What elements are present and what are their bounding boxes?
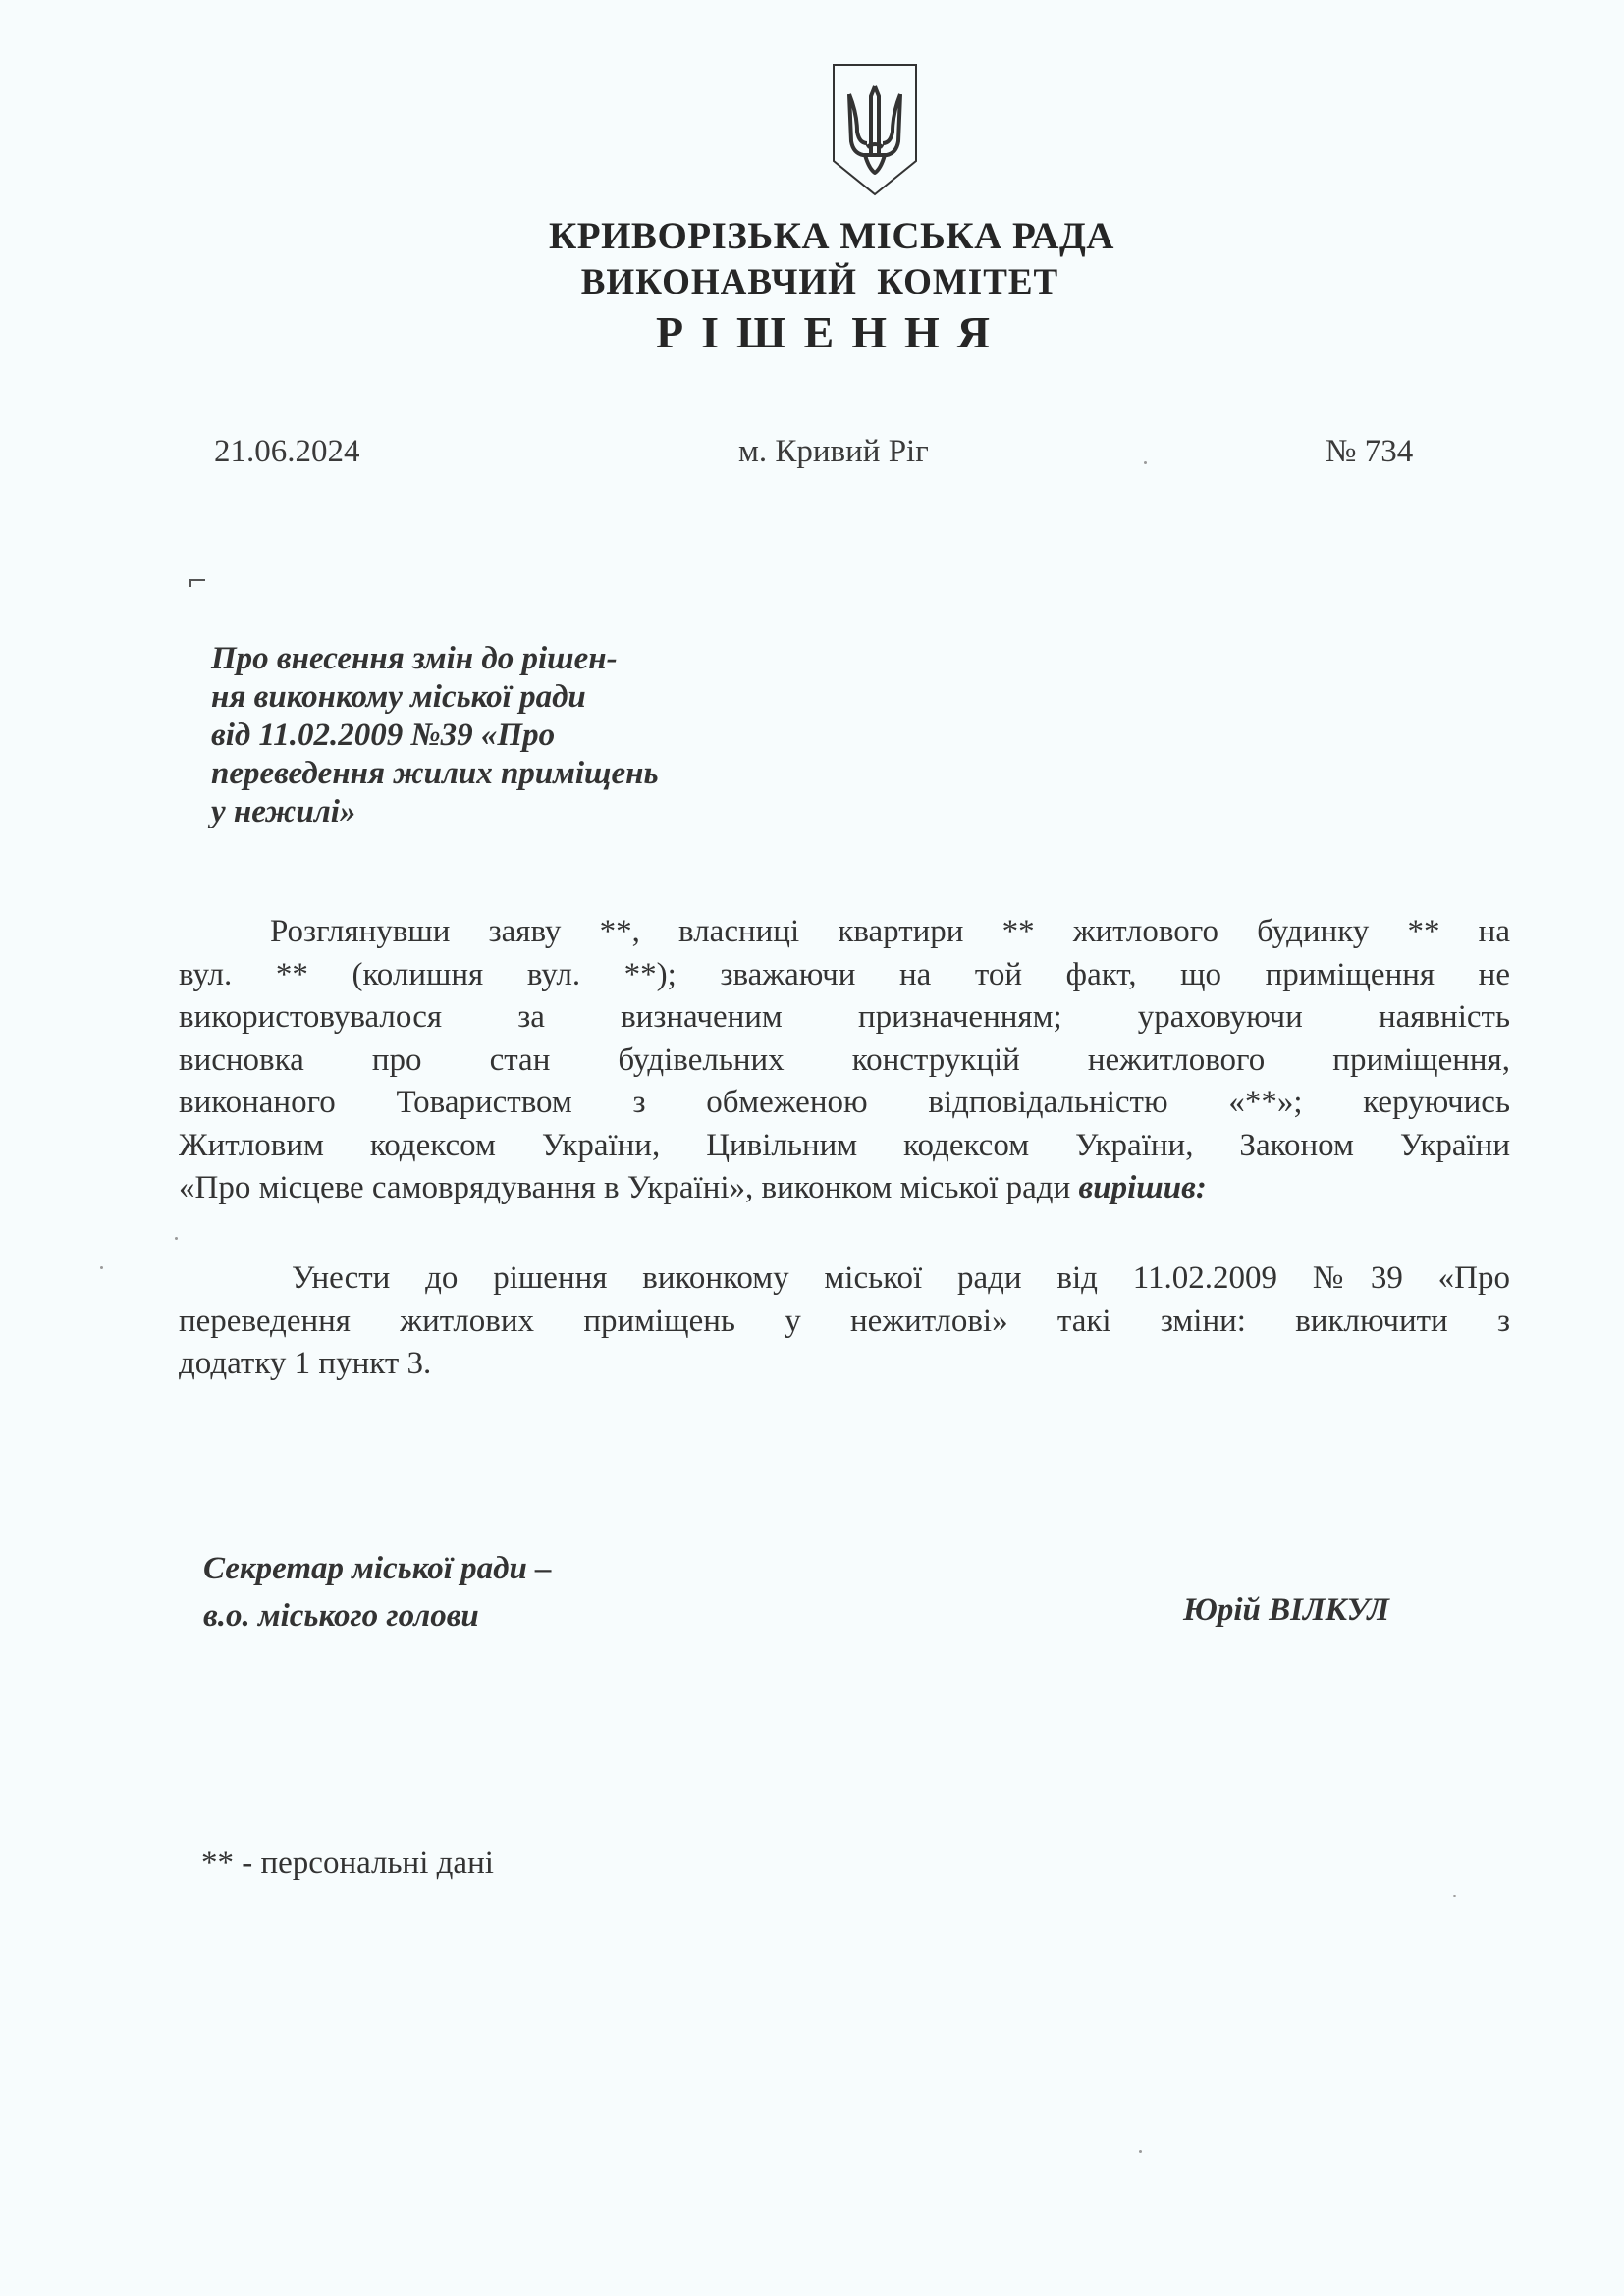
trident-coat-of-arms-icon [832, 63, 918, 196]
decision-city: м. Кривий Ріг [738, 434, 929, 470]
title-line: у нежилі» [211, 793, 800, 831]
paragraph-line: використовувалося за визначеним призначе… [179, 996, 1510, 1040]
corner-bracket-mark [189, 579, 205, 587]
scan-speck [1144, 461, 1147, 464]
paragraph-line: Житловим кодексом України, Цивільним код… [179, 1125, 1510, 1168]
scan-speck [100, 1266, 103, 1269]
title-line: Про внесення змін до рішен- [211, 640, 800, 678]
executive-committee-label: ВИКОНАВЧИЙ КОМІТЕТ [0, 261, 1624, 303]
decision-word: вирішив: [1079, 1170, 1207, 1205]
decision-number: № 734 [1326, 434, 1413, 470]
signatory-role-line: в.о. міського голови [203, 1592, 552, 1639]
paragraph-line: виконаного Товариством з обмеженою відпо… [179, 1082, 1510, 1125]
paragraph-line: вул. ** (колишня вул. **); зважаючи на т… [179, 954, 1510, 997]
scan-speck [1453, 1895, 1456, 1897]
paragraph-line: додатку 1 пункт 3. [179, 1343, 1510, 1386]
decision-date: 21.06.2024 [214, 434, 360, 470]
title-line: переведення жилих приміщень [211, 755, 800, 793]
paragraph-line: Унести до рішення виконкому міської ради… [179, 1257, 1510, 1301]
paragraph-line: «Про місцеве самоврядування в Україні», … [179, 1167, 1510, 1210]
personal-data-footnote: ** - персональні дані [201, 1845, 494, 1882]
paragraph-line-text: «Про місцеве самоврядування в Україні», … [179, 1170, 1079, 1205]
scan-speck [175, 1237, 178, 1240]
document-type-title: РІШЕННЯ [0, 306, 1624, 358]
title-line: ня виконкому міської ради [211, 678, 800, 717]
preamble-paragraph: Розглянувши заяву **, власниці квартири … [179, 911, 1510, 1210]
signatory-role: Секретар міської ради – в.о. міського го… [203, 1545, 552, 1639]
decision-subject-title: Про внесення змін до рішен- ня виконкому… [211, 640, 800, 831]
paragraph-line: Розглянувши заяву **, власниці квартири … [179, 911, 1510, 954]
paragraph-line: висновка про стан будівельних конструкці… [179, 1040, 1510, 1083]
title-line: від 11.02.2009 №39 «Про [211, 717, 800, 755]
signatory-role-line: Секретар міської ради – [203, 1545, 552, 1592]
scan-speck [1139, 2150, 1142, 2153]
signatory-name: Юрій ВІЛКУЛ [1183, 1592, 1389, 1629]
operative-paragraph: Унести до рішення виконкому міської ради… [179, 1257, 1510, 1386]
paragraph-line: переведення житлових приміщень у нежитло… [179, 1301, 1510, 1344]
organization-name: КРИВОРІЗЬКА МІСЬКА РАДА [0, 214, 1624, 258]
